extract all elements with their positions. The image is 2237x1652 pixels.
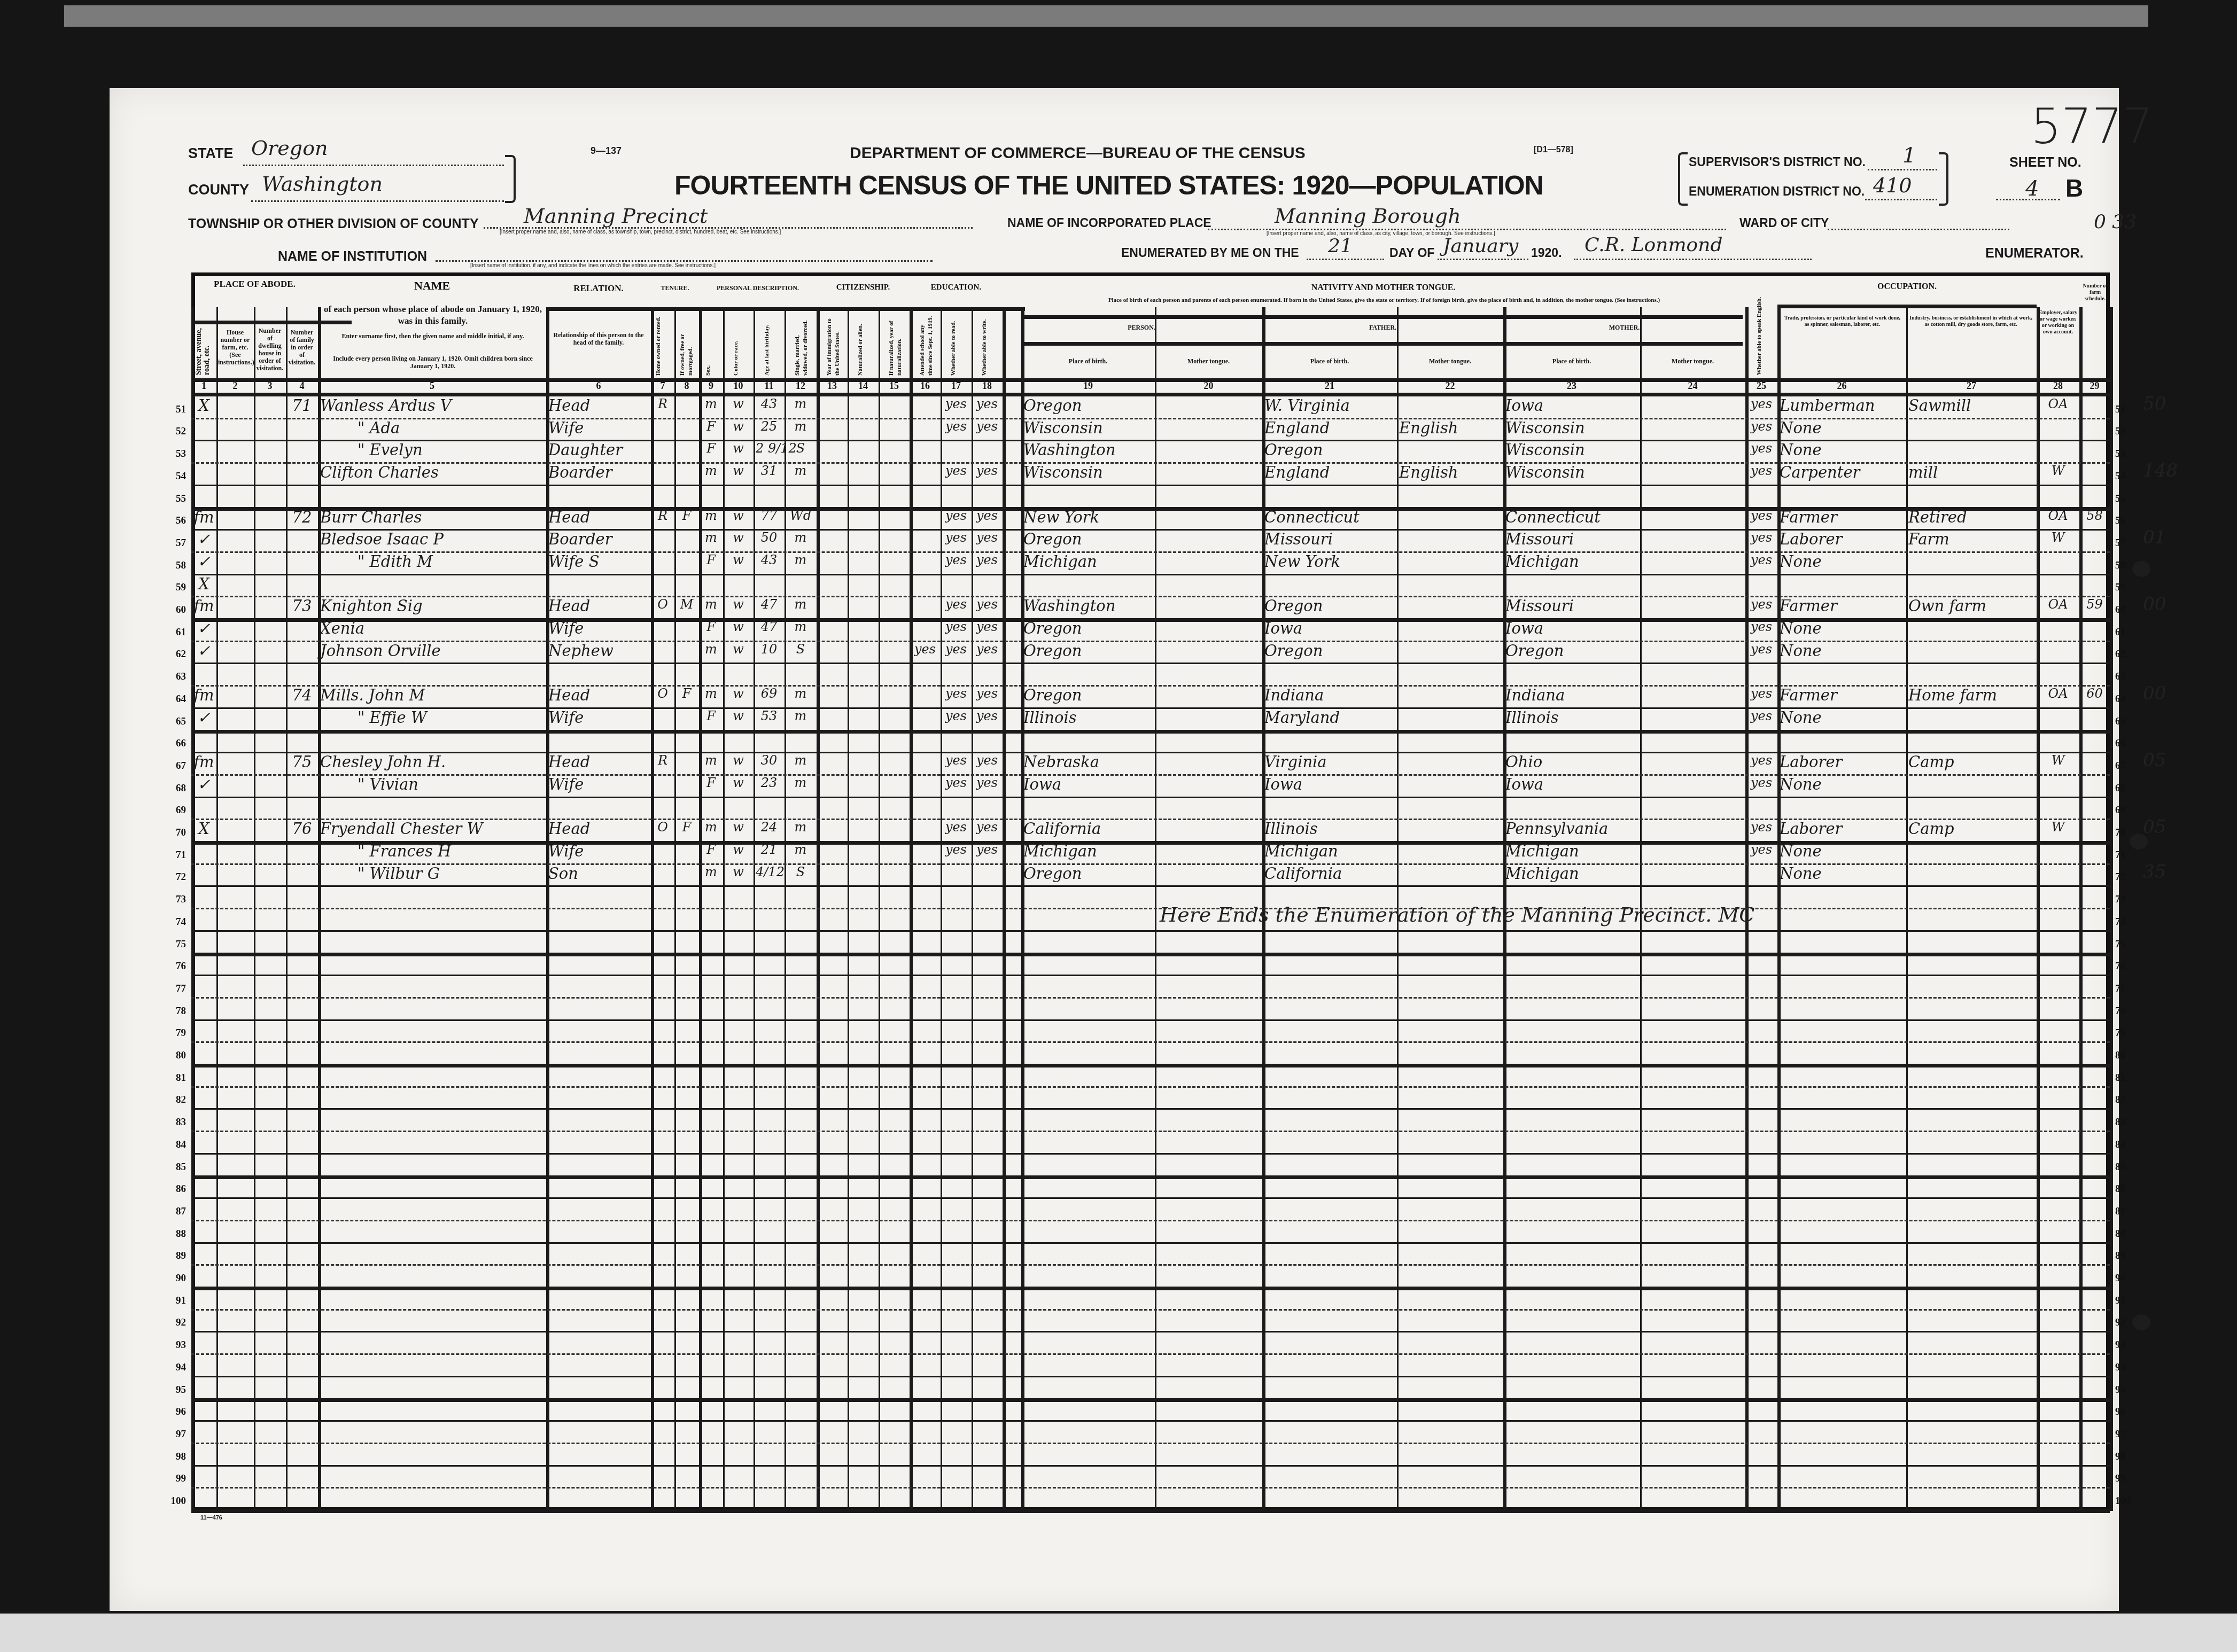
cell-age: 43	[756, 396, 782, 411]
ward-label: WARD OF CITY	[1739, 216, 1829, 230]
cell-age: 43	[756, 552, 782, 567]
cell-f-pob: California	[1264, 864, 1395, 883]
cell-english: yes	[1747, 441, 1775, 456]
column-number: 4	[286, 380, 318, 392]
institution-hint: [Insert name of institution, if any, and…	[470, 263, 716, 269]
cell-sex: m	[701, 642, 721, 657]
cell-english: yes	[1747, 775, 1775, 790]
cell-pob: Michigan	[1023, 842, 1153, 860]
cell-write: yes	[974, 396, 1000, 411]
line-number-right: 71	[2115, 850, 2141, 861]
line-number-right: 82	[2115, 1094, 2141, 1106]
cell-pob: Wisconsin	[1023, 419, 1153, 437]
row-rule	[191, 574, 2110, 575]
line-number-left: 93	[160, 1339, 186, 1351]
cell-class: OA	[2039, 686, 2077, 701]
cell-trade: Laborer	[1780, 820, 1904, 838]
cell-read: yes	[943, 508, 969, 523]
cell-english: yes	[1747, 597, 1775, 612]
cell-sex: m	[701, 530, 721, 545]
cell-sex: m	[701, 508, 721, 523]
line-number-left: 51	[160, 404, 186, 416]
cell-street: ✓	[193, 619, 214, 637]
cell-name: Wanless Ardus V	[320, 396, 544, 415]
cell-m-pob: Pennsylvania	[1505, 820, 1638, 838]
cell-marital: m	[787, 619, 814, 634]
cell-sex: F	[701, 775, 721, 790]
line-number-right: 69	[2115, 805, 2141, 816]
column-number: 12	[784, 380, 817, 392]
cell-trade: Lumberman	[1780, 396, 1904, 415]
cell-age: 47	[756, 597, 782, 612]
row-rule	[191, 797, 2110, 798]
cell-read: yes	[943, 820, 969, 835]
cell-f-pob: Missouri	[1264, 530, 1395, 548]
cell-marital: m	[787, 530, 814, 545]
margin-note: 05	[2143, 750, 2166, 771]
ward-line	[1828, 229, 2009, 230]
cell-industry: Farm	[1908, 530, 2034, 548]
line-number-right: 59	[2115, 582, 2141, 594]
line-number-right: 64	[2115, 693, 2141, 705]
line-number-right: 94	[2115, 1362, 2141, 1374]
cell-sex: m	[701, 463, 721, 478]
cell-race: w	[725, 842, 751, 857]
group-name: NAME	[318, 279, 546, 293]
mid-group-rule	[651, 307, 1025, 311]
row-rule	[191, 885, 2110, 887]
cell-read: yes	[943, 419, 969, 434]
cell-age: 4/12	[756, 864, 782, 879]
line-number-right: 88	[2115, 1228, 2141, 1240]
cell-read: yes	[943, 686, 969, 701]
cell-english: yes	[1747, 463, 1775, 478]
cell-age: 10	[756, 642, 782, 657]
column-number: 16	[910, 380, 941, 392]
margin-note: 01	[2143, 527, 2166, 548]
cell-pob: Oregon	[1023, 642, 1153, 660]
cell-dwelling: 73	[288, 597, 316, 615]
cell-trade: None	[1780, 619, 1904, 637]
cell-read: yes	[943, 552, 969, 567]
binder-hole	[2130, 833, 2148, 850]
cell-street: ✓	[193, 552, 214, 571]
cell-read: yes	[943, 396, 969, 411]
group-education: EDUCATION.	[910, 283, 1003, 292]
header-c11: Age at last birthday.	[763, 313, 771, 376]
cell-name: Burr Charles	[320, 508, 544, 526]
cell-relation: Daughter	[548, 441, 649, 459]
column-number: 3	[254, 380, 286, 392]
header-c15: If naturalized, year of naturalization.	[888, 313, 904, 376]
header-c25: Whether able to speak English.	[1756, 283, 1764, 375]
header-c10: Color or race.	[732, 313, 740, 376]
line-number-right: 95	[2115, 1384, 2141, 1396]
column-number: 14	[848, 380, 879, 392]
cell-marital: m	[787, 775, 814, 790]
line-number-right: 79	[2115, 1027, 2141, 1039]
enumeration-district-label: ENUMERATION DISTRICT NO.	[1689, 184, 1865, 199]
cell-read: yes	[943, 842, 969, 857]
group-citizenship: CITIZENSHIP.	[817, 283, 910, 292]
cell-trade: Farmer	[1780, 597, 1904, 615]
column-number: 8	[674, 380, 699, 392]
line-number-left: 65	[160, 716, 186, 728]
line-number-right: 72	[2115, 871, 2141, 883]
cell-age: 23	[756, 775, 782, 790]
day-line	[1307, 259, 1384, 260]
column-divider	[2110, 307, 2113, 1511]
column-number: 6	[546, 380, 651, 392]
cell-owned: M	[677, 597, 697, 612]
column-number: 1	[191, 380, 216, 392]
row-rule	[191, 908, 2110, 909]
cell-sex: m	[701, 396, 721, 411]
cell-relation: Head	[548, 396, 649, 415]
cell-m-pob: Michigan	[1505, 864, 1638, 883]
cell-english: yes	[1747, 708, 1775, 723]
line-number-right: 61	[2115, 627, 2141, 638]
cell-write: yes	[974, 775, 1000, 790]
cell-class: OA	[2039, 597, 2077, 612]
cell-trade: None	[1780, 775, 1904, 793]
margin-note: 05	[2143, 816, 2166, 838]
cell-street: fm	[193, 753, 214, 771]
row-rule	[191, 1242, 2110, 1244]
cell-home: R	[653, 508, 672, 523]
enumeration-line	[1865, 199, 1937, 200]
column-number: 17	[941, 380, 972, 392]
cell-class: W	[2039, 530, 2077, 545]
cell-f-pob: Oregon	[1264, 597, 1395, 615]
cell-m-pob: Connecticut	[1505, 508, 1638, 526]
enumerated-day: 21	[1328, 235, 1353, 257]
header-c5-sub2: Include every person living on January 1…	[323, 355, 542, 370]
line-number-left: 54	[160, 471, 186, 482]
cell-relation: Wife S	[548, 552, 649, 571]
cell-industry: Own farm	[1908, 597, 2034, 615]
cell-age: 69	[756, 686, 782, 701]
incorporated-line	[1208, 229, 1726, 230]
column-number: 21	[1262, 380, 1397, 392]
township-hint: [Insert proper name and, also, name of c…	[500, 229, 781, 235]
cell-age: 24	[756, 820, 782, 835]
cell-relation: Head	[548, 597, 649, 615]
incorporated-place-value: Manning Borough	[1275, 204, 1461, 228]
county-label: COUNTY	[188, 182, 249, 198]
row-rule	[191, 1131, 2110, 1132]
line-number-right: 87	[2115, 1206, 2141, 1218]
cell-pob: Michigan	[1023, 552, 1153, 571]
cell-read: yes	[943, 619, 969, 634]
line-number-left: 64	[160, 693, 186, 705]
cell-read: yes	[943, 642, 969, 657]
cell-pob: Oregon	[1023, 619, 1153, 637]
line-number-right: 78	[2115, 1006, 2141, 1017]
cell-name: Johnson Orville	[320, 642, 544, 660]
enumerator-line	[1574, 259, 1812, 260]
cell-marital: m	[787, 842, 814, 857]
column-number: 19	[1021, 380, 1155, 392]
cell-english: yes	[1747, 552, 1775, 567]
line-number-left: 92	[160, 1317, 186, 1329]
cell-relation: Wife	[548, 775, 649, 793]
line-number-left: 75	[160, 939, 186, 950]
cell-age: 77	[756, 508, 782, 523]
line-number-left: 85	[160, 1162, 186, 1173]
cell-marital: m	[787, 753, 814, 768]
cell-home: O	[653, 597, 672, 612]
line-number-right: 63	[2115, 671, 2141, 683]
margin-note: 00	[2143, 683, 2166, 704]
cell-marital: m	[787, 419, 814, 434]
institution-line	[436, 260, 933, 262]
cell-write: yes	[974, 708, 1000, 723]
line-number-left: 87	[160, 1206, 186, 1218]
cell-trade: None	[1780, 864, 1904, 883]
row-rule	[191, 1331, 2110, 1332]
cell-industry: Retired	[1908, 508, 2034, 526]
row-rule	[191, 1153, 2110, 1155]
cell-relation: Son	[548, 864, 649, 883]
form-number: 9—137	[591, 145, 622, 157]
group-nativity: NATIVITY AND MOTHER TONGUE.	[1021, 283, 1745, 293]
cell-race: w	[725, 820, 751, 835]
cell-name: Chesley John H.	[320, 753, 544, 771]
cell-pob: Iowa	[1023, 775, 1153, 793]
line-number-left: 100	[160, 1495, 186, 1507]
cell-farm: 60	[2081, 686, 2108, 701]
line-number-left: 79	[160, 1027, 186, 1039]
cell-trade: Laborer	[1780, 753, 1904, 771]
closing-note: Here Ends the Enumeration of the Manning…	[1160, 903, 1754, 926]
column-number: 23	[1503, 380, 1640, 392]
cell-trade: None	[1780, 441, 1904, 459]
header-c6: Relationship of this person to the head …	[550, 331, 647, 346]
cell-race: w	[725, 463, 751, 478]
line-number-right: 99	[2115, 1473, 2141, 1485]
header-c14: Naturalized or alien.	[857, 313, 865, 376]
cell-f-pob: England	[1264, 419, 1395, 437]
stamp-number: 5777	[2031, 99, 2153, 155]
line-number-right: 98	[2115, 1451, 2141, 1463]
cell-race: w	[725, 441, 751, 456]
cell-f-pob: Maryland	[1264, 708, 1395, 727]
column-number-rule	[191, 393, 2110, 396]
cell-m-pob: Iowa	[1505, 619, 1638, 637]
line-number-left: 77	[160, 983, 186, 995]
cell-english: yes	[1747, 642, 1775, 657]
cell-f-pob: Iowa	[1264, 619, 1395, 637]
cell-race: w	[725, 419, 751, 434]
cell-school: yes	[912, 642, 938, 657]
cell-english: yes	[1747, 619, 1775, 634]
cell-relation: Boarder	[548, 530, 649, 548]
cell-f-pob: Oregon	[1264, 441, 1395, 459]
line-number-right: 91	[2115, 1295, 2141, 1307]
row-rule	[191, 485, 2110, 486]
state-value: Oregon	[251, 136, 328, 160]
cell-name: Fryendall Chester W	[320, 820, 544, 838]
header-c28: Employer, salary or wage worker, or work…	[2037, 310, 2079, 336]
column-number: 20	[1155, 380, 1262, 392]
row-rule	[191, 1443, 2110, 1444]
cell-dwelling: 71	[288, 396, 316, 415]
cell-dwelling: 74	[288, 686, 316, 704]
nativity-sub-rule	[1021, 342, 1743, 346]
cell-sex: F	[701, 419, 721, 434]
column-number: 24	[1640, 380, 1745, 392]
cell-dwelling: 72	[288, 508, 316, 526]
cell-pob: Oregon	[1023, 396, 1153, 415]
line-number-right: 83	[2115, 1117, 2141, 1128]
line-number-left: 82	[160, 1094, 186, 1106]
header-c29: Number of farm schedule.	[2080, 283, 2110, 302]
line-number-right: 76	[2115, 961, 2141, 972]
incorporated-place-label: NAME OF INCORPORATED PLACE	[1007, 216, 1211, 230]
line-number-left: 59	[160, 582, 186, 594]
cell-sex: F	[701, 441, 721, 456]
cell-f-pob: W. Virginia	[1264, 396, 1395, 415]
district-bracket-left	[1678, 152, 1688, 206]
group-tenure: TENURE.	[651, 284, 699, 292]
cell-relation: Head	[548, 508, 649, 526]
cell-relation: Nephew	[548, 642, 649, 660]
cell-race: w	[725, 708, 751, 723]
sheet-label: SHEET NO.	[2009, 155, 2081, 170]
cell-marital: m	[787, 820, 814, 835]
line-number-right: 57	[2115, 537, 2141, 549]
cell-dwelling: 76	[288, 820, 316, 838]
cell-pob: Nebraska	[1023, 753, 1153, 771]
line-number-right: 81	[2115, 1072, 2141, 1084]
cell-m-pob: Wisconsin	[1505, 441, 1638, 459]
cell-street: X	[193, 575, 214, 593]
line-number-left: 98	[160, 1451, 186, 1463]
margin-note: 00	[2143, 594, 2166, 615]
line-number-right: 62	[2115, 649, 2141, 660]
cell-pob: Oregon	[1023, 864, 1153, 883]
supervisor-line	[1868, 169, 1937, 170]
line-number-left: 58	[160, 560, 186, 572]
header-father: FATHER.	[1262, 323, 1503, 332]
cell-name: " Effie W	[320, 708, 581, 727]
cell-farm: 58	[2081, 508, 2108, 523]
column-number: 9	[699, 380, 723, 392]
line-number-left: 62	[160, 649, 186, 660]
cell-pob: Oregon	[1023, 530, 1153, 548]
cell-write: yes	[974, 686, 1000, 701]
county-value: Washington	[262, 172, 383, 196]
cell-class: OA	[2039, 508, 2077, 523]
cell-owned: F	[677, 508, 697, 523]
row-rule	[191, 1487, 2110, 1489]
cell-owned: F	[677, 820, 697, 835]
line-number-left: 91	[160, 1295, 186, 1307]
cell-f-pob: Illinois	[1264, 820, 1395, 838]
line-number-left: 95	[160, 1384, 186, 1396]
sheet-side: B	[2065, 174, 2083, 202]
column-number: 7	[651, 380, 674, 392]
header-c22: Mother tongue.	[1397, 357, 1503, 366]
cell-industry: Home farm	[1908, 686, 2034, 704]
line-number-left: 55	[160, 493, 186, 505]
line-number-left: 63	[160, 671, 186, 683]
county-line	[251, 200, 504, 202]
cell-sex: m	[701, 597, 721, 612]
nativity-group-rule	[1021, 315, 1743, 319]
cell-relation: Wife	[548, 708, 649, 727]
row-rule	[191, 1353, 2110, 1355]
cell-english: yes	[1747, 396, 1775, 411]
sheet-value: 4	[2025, 176, 2039, 201]
cell-race: w	[725, 552, 751, 567]
column-number: 28	[2037, 380, 2079, 392]
line-number-right: 51	[2115, 404, 2141, 416]
header-c24: Mother tongue.	[1640, 357, 1745, 366]
cell-race: w	[725, 775, 751, 790]
line-number-right: 55	[2115, 493, 2141, 505]
cell-m-pob: Iowa	[1505, 396, 1638, 415]
cell-owned: F	[677, 686, 697, 701]
header-c8: If owned, free or mortgaged.	[679, 313, 695, 376]
cell-race: w	[725, 686, 751, 701]
cell-home: O	[653, 686, 672, 701]
line-number-left: 56	[160, 515, 186, 527]
cell-trade: None	[1780, 419, 1904, 437]
cell-age: 21	[756, 842, 782, 857]
cell-relation: Wife	[548, 619, 649, 637]
enumerated-label: ENUMERATED BY ME ON THE	[1121, 246, 1299, 260]
form-title: FOURTEENTH CENSUS OF THE UNITED STATES: …	[674, 170, 1543, 201]
cell-farm: 59	[2081, 597, 2108, 612]
state-county-bracket	[505, 155, 516, 203]
column-number: 5	[318, 380, 546, 392]
header-c19: Place of birth.	[1021, 357, 1155, 366]
cell-home: R	[653, 753, 672, 768]
cell-trade: None	[1780, 842, 1904, 860]
state-line	[243, 165, 504, 166]
header-c5-main: of each person whose place of abode on J…	[323, 303, 542, 327]
line-number-left: 68	[160, 783, 186, 794]
supervisor-district-label: SUPERVISOR'S DISTRICT NO.	[1689, 155, 1866, 169]
header-c18: Whether able to write.	[981, 313, 989, 376]
cell-m-pob: Missouri	[1505, 597, 1638, 615]
header-c20: Mother tongue.	[1155, 357, 1262, 366]
line-number-left: 96	[160, 1406, 186, 1418]
cell-street: ✓	[193, 775, 214, 793]
cell-race: w	[725, 396, 751, 411]
row-rule	[191, 1509, 2110, 1513]
cell-race: w	[725, 619, 751, 634]
cell-sex: m	[701, 864, 721, 879]
group-place-of-abode: PLACE OF ABODE.	[191, 279, 318, 290]
cell-m-pob: Ohio	[1505, 753, 1638, 771]
scan-border-bottom	[0, 1614, 2237, 1652]
cell-class: W	[2039, 753, 2077, 768]
cell-age: 2 9/12	[756, 441, 782, 456]
line-number-left: 97	[160, 1429, 186, 1440]
header-c5-sub1: Enter surname first, then the given name…	[323, 332, 542, 340]
cell-english: yes	[1747, 508, 1775, 523]
row-rule	[191, 1086, 2110, 1088]
header-person: PERSON.	[1021, 323, 1262, 332]
cell-age: 50	[756, 530, 782, 545]
cell-age: 31	[756, 463, 782, 478]
cell-marital: m	[787, 708, 814, 723]
cell-industry: Sawmill	[1908, 396, 2034, 415]
line-number-left: 86	[160, 1183, 186, 1195]
